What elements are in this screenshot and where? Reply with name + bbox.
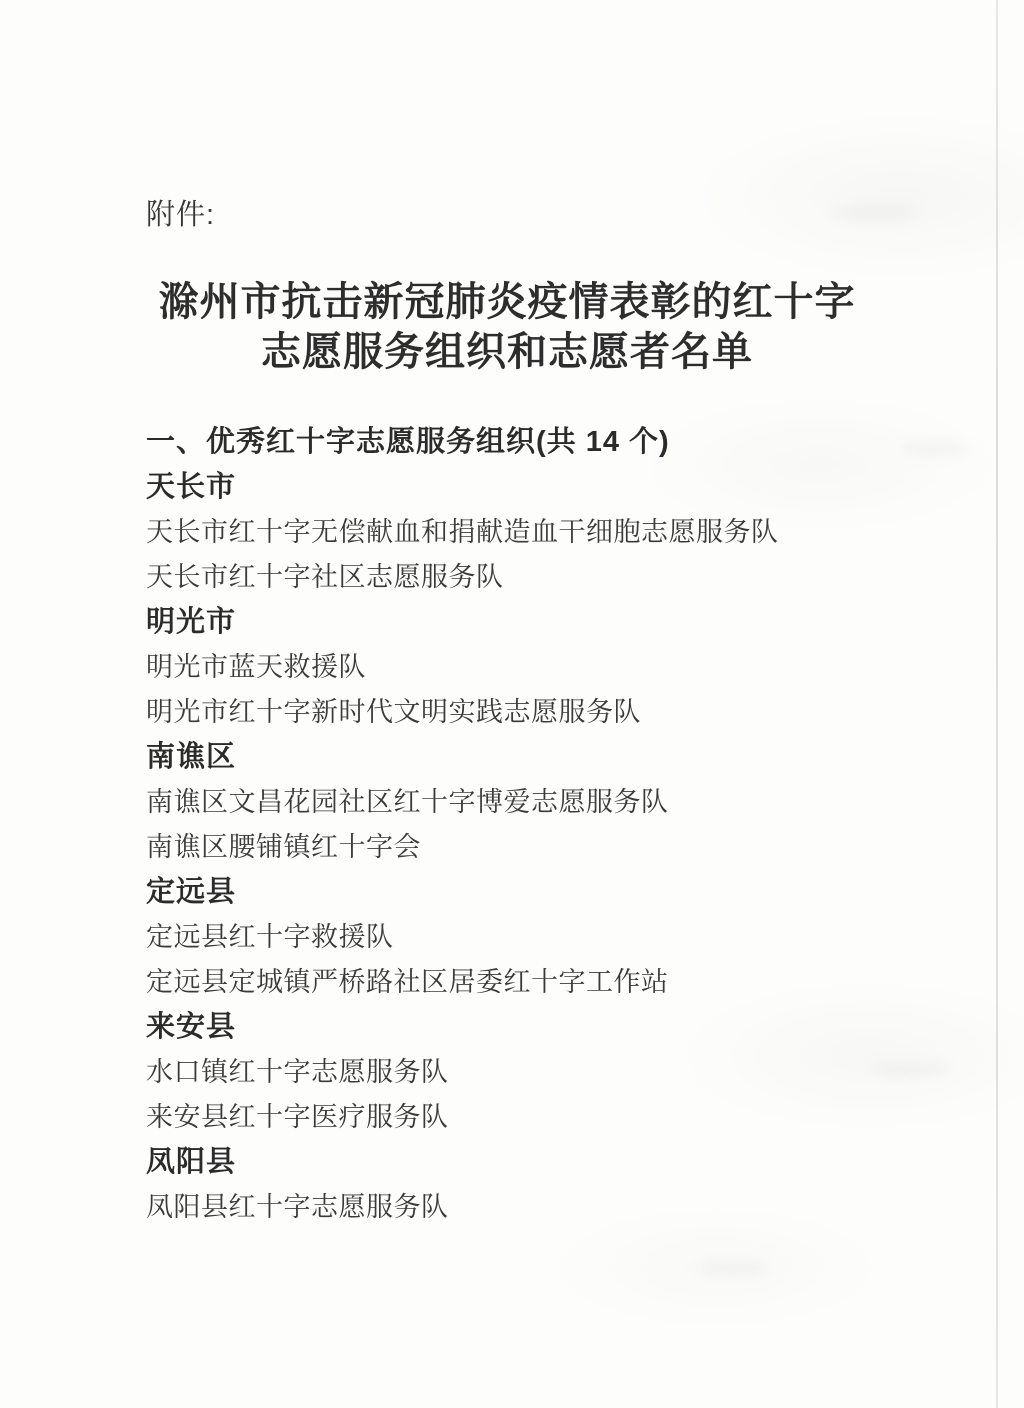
org-list-item: 明光市红十字新时代文明实践志愿服务队 — [146, 690, 926, 735]
org-list-item: 南谯区文昌花园社区红十字博爱志愿服务队 — [146, 780, 926, 825]
org-list-item: 南谯区腰铺镇红十字会 — [146, 825, 926, 870]
document-title: 滁州市抗击新冠肺炎疫情表彰的红十字 志愿服务组织和志愿者名单 — [0, 277, 1014, 377]
org-list-item: 天长市红十字社区志愿服务队 — [146, 555, 926, 600]
region-heading: 定远县 — [146, 870, 926, 915]
attachment-label: 附件: — [146, 198, 215, 232]
org-list-item: 凤阳县红十字志愿服务队 — [146, 1185, 926, 1230]
title-line-2: 志愿服务组织和志愿者名单 — [0, 327, 1014, 377]
org-list-item: 水口镇红十字志愿服务队 — [146, 1050, 926, 1095]
org-list-item: 定远县定城镇严桥路社区居委红十字工作站 — [146, 960, 926, 1005]
region-heading: 来安县 — [146, 1005, 926, 1050]
org-list-item: 天长市红十字无偿献血和捐献造血干细胞志愿服务队 — [146, 510, 926, 555]
region-heading: 凤阳县 — [146, 1140, 926, 1185]
scanned-document-page: 附件: 滁州市抗击新冠肺炎疫情表彰的红十字 志愿服务组织和志愿者名单 一、优秀红… — [0, 0, 1024, 1408]
scan-smudge — [830, 205, 920, 221]
document-body: 一、优秀红十字志愿服务组织(共 14 个) 天长市 天长市红十字无偿献血和捐献造… — [146, 420, 926, 1230]
org-list-item: 明光市蓝天救援队 — [146, 645, 926, 690]
region-heading: 天长市 — [146, 465, 926, 510]
region-heading: 南谯区 — [146, 735, 926, 780]
title-line-1: 滁州市抗击新冠肺炎疫情表彰的红十字 — [0, 277, 1014, 327]
org-list-item: 定远县红十字救援队 — [146, 915, 926, 960]
org-list-item: 来安县红十字医疗服务队 — [146, 1095, 926, 1140]
region-heading: 明光市 — [146, 600, 926, 645]
section-heading: 一、优秀红十字志愿服务组织(共 14 个) — [146, 420, 926, 465]
scanner-edge-line — [996, 0, 998, 1408]
scan-smudge — [700, 1262, 770, 1275]
